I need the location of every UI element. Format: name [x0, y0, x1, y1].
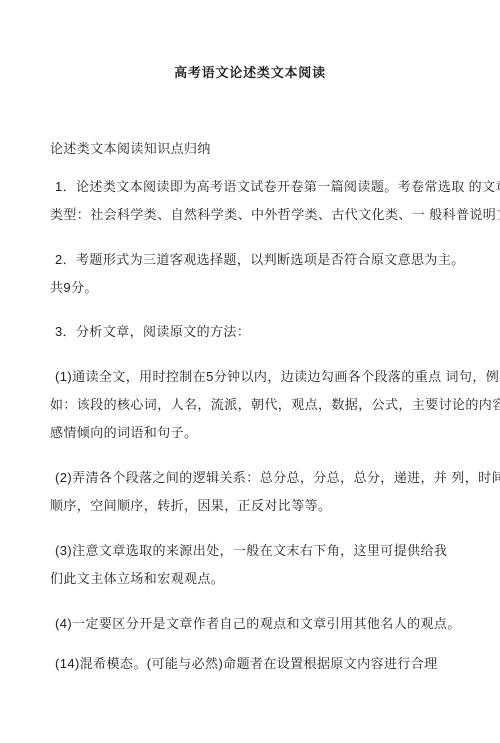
text-line: 感情倾向的词语和句子。 — [50, 419, 472, 447]
text-line: 们此文主体立场和宏观观点。 — [50, 565, 472, 593]
text-line: 2．考题形式为三道客观选择题，以判断选项是否符合原文意思为主。 — [50, 246, 472, 274]
document-title: 高考语文论述类文本阅读 — [0, 59, 500, 87]
text-line: 共9分。 — [50, 274, 472, 302]
section-heading: 论述类文本阅读知识点归纳 — [50, 135, 472, 163]
text-line: 3．分析文章，阅读原文的方法： — [50, 318, 472, 346]
text-line: (3)注意文章选取的来源出处，一般在文末右下角，这里可提供给我 — [50, 537, 472, 565]
document-body: 论述类文本阅读知识点归纳 1．论述类文本阅读即为高考语文试卷开卷第一篇阅读题。考… — [0, 135, 500, 678]
text-line: 类型：社会科学类、自然科学类、中外哲学类、古代文化类、一 般科普说明文。 — [50, 201, 472, 229]
text-line: (14)混希模态。(可能与必然)命题者在设置根据原文内容进行合理 — [50, 650, 472, 678]
text-line: 1．论述类文本阅读即为高考语文试卷开卷第一篇阅读题。考卷常选取 的文章 — [50, 173, 472, 201]
document-page: 高考语文论述类文本阅读 论述类文本阅读知识点归纳 1．论述类文本阅读即为高考语文… — [0, 0, 500, 743]
text-line: (4)一定要区分开是文章作者自己的观点和文章引用其他名人的观点。 — [50, 610, 472, 638]
text-line: 如：该段的核心词，人名，流派，朝代，观点，数据，公式，主要讨论的内容， — [50, 391, 472, 419]
text-line: (1)通读全文，用时控制在5分钟以内，边读边勾画各个段落的重点 词句，例 — [50, 363, 472, 391]
text-line: (2)弄清各个段落之间的逻辑关系：总分总，分总，总分，递进，并 列，时间 — [50, 464, 472, 492]
text-line: 顺序，空间顺序，转折，因果，正反对比等等。 — [50, 492, 472, 520]
